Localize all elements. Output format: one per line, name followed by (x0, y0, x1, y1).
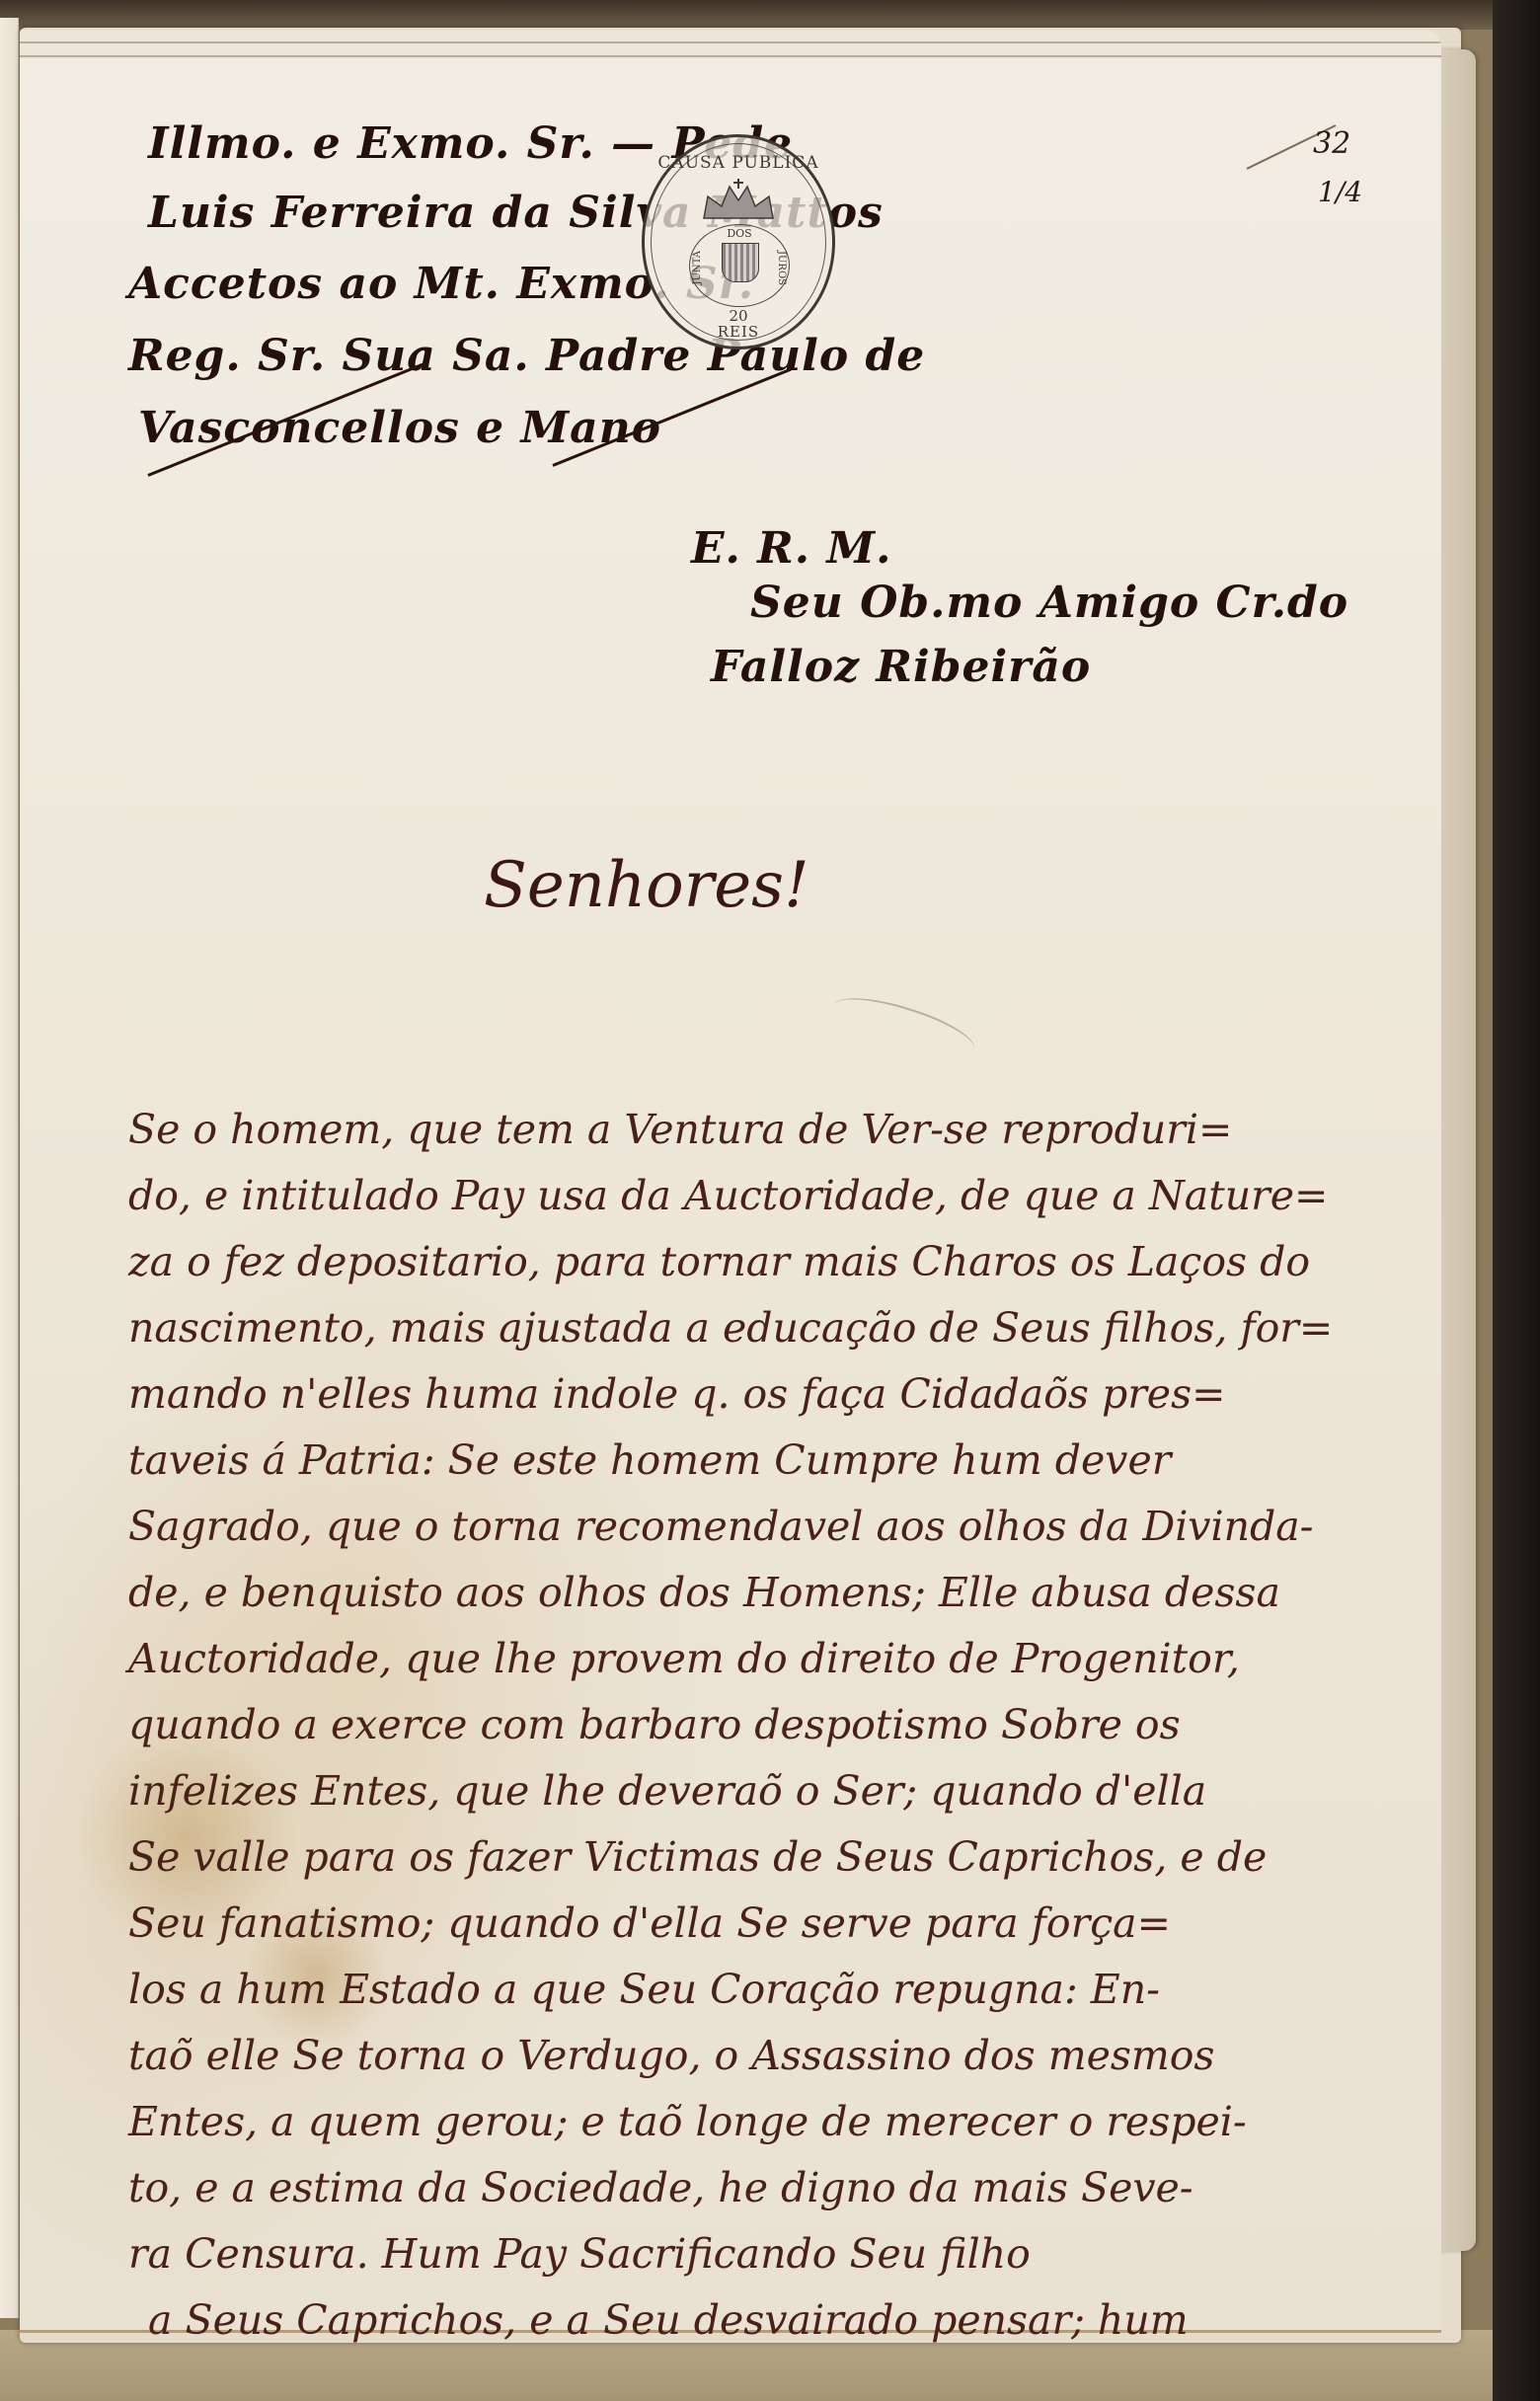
signature-line: Seu Ob.mo Amigo Cr.do (750, 578, 1348, 628)
stamp-inner-top: DOS (690, 227, 789, 240)
letter-heading: Senhores! (484, 849, 809, 922)
stamp-inner-left: JUNTA (692, 251, 703, 285)
stamp-currency: REIS (645, 323, 832, 341)
body-line: Se valle para os fazer Victimas de Seus … (128, 1833, 1267, 1881)
body-line: do, e intitulado Pay usa da Auctoridade,… (128, 1172, 1328, 1219)
body-line: a Seus Caprichos, e a Seu desvairado pen… (148, 2296, 1189, 2344)
stamp-inner-right: JUROS (776, 251, 787, 285)
folio-annotation: 1/4 (1318, 176, 1362, 208)
adjacent-page-edge (0, 18, 19, 2318)
body-line: to, e a estima da Sociedade, he digno da… (128, 2164, 1193, 2211)
body-line: infelizes Entes, que lhe deveraõ o Ser; … (128, 1767, 1206, 1815)
body-line: ra Censura. Hum Pay Sacrificando Seu fil… (128, 2230, 1031, 2278)
stamp-legend: CAUSA PUBLICA (645, 153, 832, 173)
revenue-stamp: CAUSA PUBLICA DOS JUNTA JUROS 20 REIS (642, 134, 835, 349)
body-line: nascimento, mais ajustada a educação de … (128, 1304, 1333, 1352)
body-line: Entes, a quem gerou; e taõ longe de mere… (128, 2098, 1247, 2145)
body-line: za o fez depositario, para tornar mais C… (128, 1238, 1310, 1285)
body-line: Seu fanatismo; quando d'ella Se serve pa… (128, 1899, 1171, 1947)
body-line: Auctoridade, que lhe provem do direito d… (128, 1635, 1240, 1682)
body-line: de, e benquisto aos olhos dos Homens; El… (128, 1569, 1280, 1616)
crease-mark (826, 983, 979, 1073)
crown-icon (696, 179, 781, 222)
backdrop-top (0, 0, 1493, 30)
body-line: taveis á Patria: Se este homem Cumpre hu… (128, 1436, 1171, 1484)
closing-formula: E. R. M. (691, 523, 891, 574)
shield-icon (722, 243, 759, 282)
body-line: taõ elle Se torna o Verdugo, o Assassino… (128, 2032, 1214, 2079)
body-line: los a hum Estado a que Seu Coração repug… (128, 1966, 1160, 2013)
body-line: mando n'elles huma indole q. os faça Cid… (128, 1370, 1225, 1418)
signature-name: Falloz Ribeirão (711, 642, 1091, 692)
folio-number: 32 (1313, 126, 1350, 161)
backdrop-right (1493, 0, 1540, 2401)
body-line: Se o homem, que tem a Ventura de Ver-se … (128, 1106, 1232, 1153)
stamp-inner-medallion: DOS JUNTA JUROS (689, 224, 790, 307)
body-line: quando a exerce com barbaro despotismo S… (128, 1701, 1181, 1748)
body-line: Sagrado, que o torna recomendavel aos ol… (128, 1503, 1314, 1550)
